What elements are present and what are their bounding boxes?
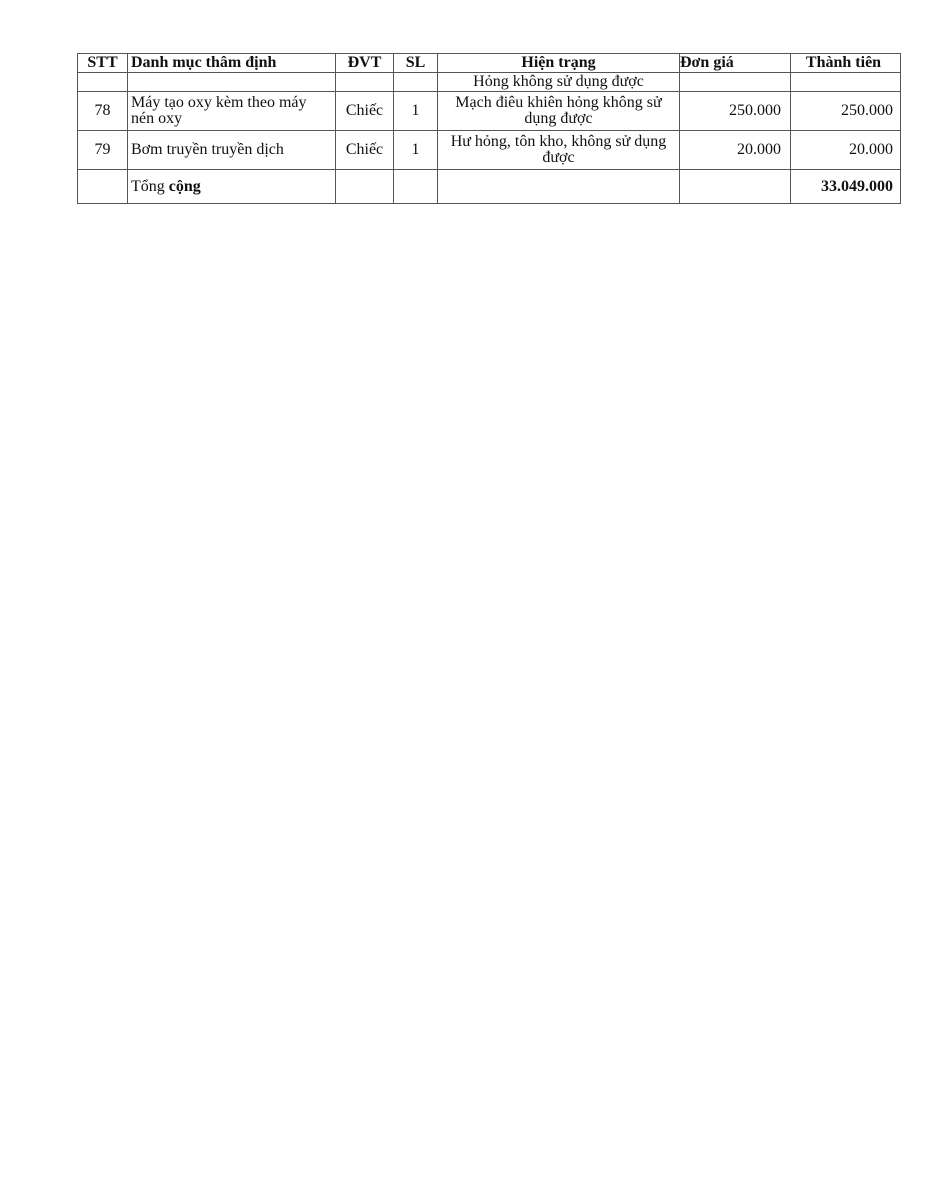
- cell-unit-price: [680, 73, 791, 92]
- cell-unit-price: 20.000: [680, 131, 791, 170]
- cell-unit-price: 250.000: [680, 92, 791, 131]
- header-item-name: Danh mục thâm định: [128, 54, 336, 73]
- cell-item-name: [128, 73, 336, 92]
- cell-stt: [78, 73, 128, 92]
- cell-item-name: Máy tạo oxy kèm theo máy nén oxy: [128, 92, 336, 131]
- table-row: Hỏng không sử dụng được: [78, 73, 901, 92]
- cell-stt: [78, 170, 128, 204]
- cell-stt: 79: [78, 131, 128, 170]
- table-row: 78 Máy tạo oxy kèm theo máy nén oxy Chiế…: [78, 92, 901, 131]
- cell-quantity: 1: [394, 92, 438, 131]
- table-header-row: STT Danh mục thâm định ĐVT SL Hiện trạng…: [78, 54, 901, 73]
- header-unit: ĐVT: [336, 54, 394, 73]
- header-quantity: SL: [394, 54, 438, 73]
- cell-item-name: Bơm truyền truyền dịch: [128, 131, 336, 170]
- total-row: Tổng cộng 33.049.000: [78, 170, 901, 204]
- header-amount: Thành tiên: [791, 54, 901, 73]
- cell-unit: [336, 73, 394, 92]
- header-status: Hiện trạng: [438, 54, 680, 73]
- assessment-table: STT Danh mục thâm định ĐVT SL Hiện trạng…: [77, 53, 901, 204]
- grand-total-amount: 33.049.000: [791, 170, 901, 204]
- cell-status: Hư hỏng, tôn kho, không sử dụng được: [438, 131, 680, 170]
- cell-stt: 78: [78, 92, 128, 131]
- header-unit-price: Đơn giá: [680, 54, 791, 73]
- cell-quantity: 1: [394, 131, 438, 170]
- table-row: 79 Bơm truyền truyền dịch Chiếc 1 Hư hỏn…: [78, 131, 901, 170]
- cell-amount: 250.000: [791, 92, 901, 131]
- total-label-regular: Tổng: [131, 178, 169, 195]
- cell-amount: [791, 73, 901, 92]
- cell-quantity: [394, 170, 438, 204]
- cell-amount: 20.000: [791, 131, 901, 170]
- total-label-bold: cộng: [169, 178, 201, 195]
- cell-unit: Chiếc: [336, 131, 394, 170]
- cell-unit-price: [680, 170, 791, 204]
- cell-status: Mạch điêu khiên hỏng không sử dụng được: [438, 92, 680, 131]
- cell-status: Hỏng không sử dụng được: [438, 73, 680, 92]
- cell-unit: [336, 170, 394, 204]
- cell-unit: Chiếc: [336, 92, 394, 131]
- header-stt: STT: [78, 54, 128, 73]
- cell-status: [438, 170, 680, 204]
- cell-quantity: [394, 73, 438, 92]
- total-label: Tổng cộng: [128, 170, 336, 204]
